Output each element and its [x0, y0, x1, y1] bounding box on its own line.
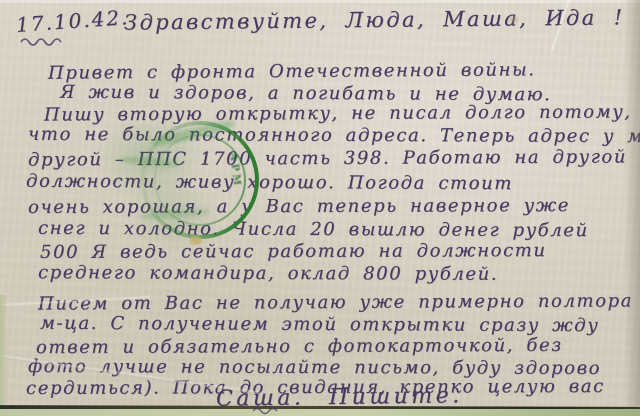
handwritten-line: Писем от Вас не получаю уже примерно пол… [38, 290, 633, 314]
handwritten-line: Привет с фронта Отечественной войны. [48, 59, 536, 83]
paper-edge-right [624, 0, 640, 416]
handwritten-line: очень хорошая, а у Вас теперь наверное у… [28, 195, 570, 218]
handwritten-line: 500 Я ведь сейчас работаю на должности [40, 240, 547, 263]
date-underline-squiggle [20, 36, 68, 46]
handwritten-line: ответ и обязательно с фотокарточкой, без [36, 335, 563, 358]
paper-stain [509, 16, 518, 23]
paper-stain [190, 236, 202, 245]
postcard-scan: 17.10.42. Здравствуйте, Люда, Маша, Ида … [0, 0, 640, 416]
paper-edge-top [0, 0, 640, 3]
handwritten-line: среднего командира, оклад 800 рублей. [38, 262, 498, 285]
handwritten-line: должности, живу хорошо. Погода стоит [26, 171, 513, 195]
paper-edge-left-green [0, 295, 8, 416]
handwritten-line: м-ца. С получением этой открытки сразу ж… [40, 313, 599, 336]
handwritten-line: снег и холодно. Числа 20 вышлю денег руб… [38, 218, 589, 241]
signature-underline-squiggle [252, 407, 282, 415]
